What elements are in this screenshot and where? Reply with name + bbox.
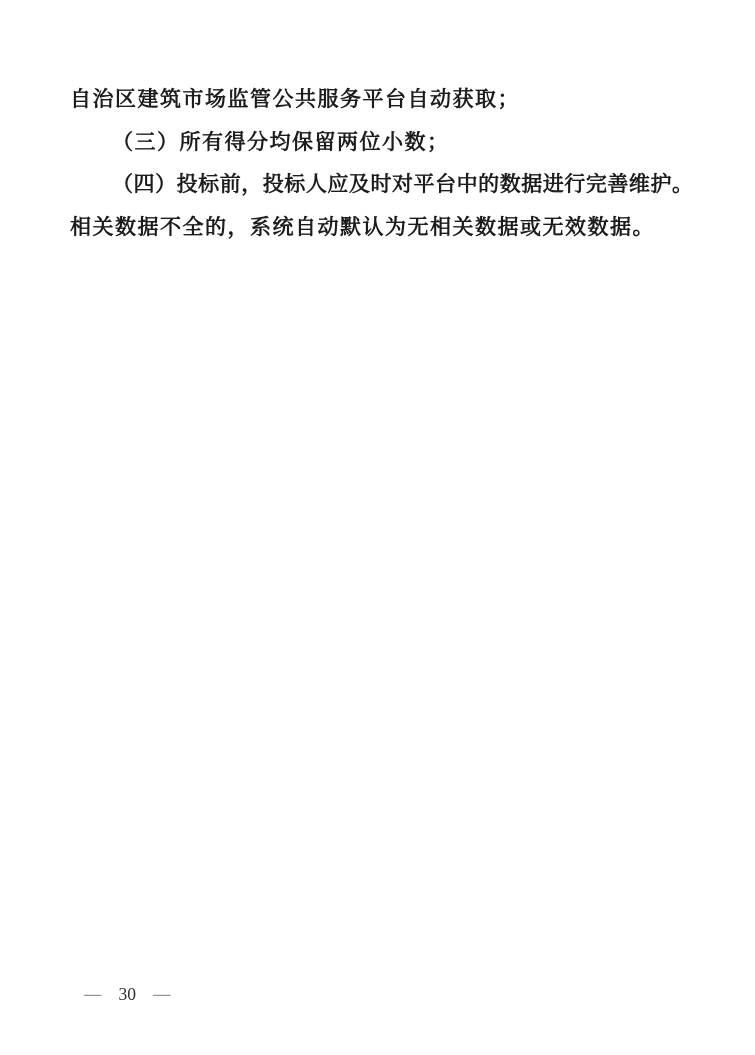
paragraph-line-item-four: （四）投标前，投标人应及时对平台中的数据进行完善维护。 <box>70 163 693 206</box>
document-page: 自治区建筑市场监管公共服务平台自动获取； （三）所有得分均保留两位小数； （四）… <box>0 0 755 1055</box>
paragraph-line-item-three: （三）所有得分均保留两位小数； <box>70 121 693 164</box>
page-footer: — 30 — <box>84 984 171 1005</box>
page-number: 30 <box>119 984 137 1005</box>
paragraph-line-item-four-continuation: 相关数据不全的，系统自动默认为无相关数据或无效数据。 <box>70 206 693 249</box>
body-text: 自治区建筑市场监管公共服务平台自动获取； （三）所有得分均保留两位小数； （四）… <box>70 78 693 248</box>
footer-right-dash: — <box>153 986 171 1004</box>
footer-left-dash: — <box>84 986 102 1004</box>
paragraph-line-continuation: 自治区建筑市场监管公共服务平台自动获取； <box>70 78 693 121</box>
